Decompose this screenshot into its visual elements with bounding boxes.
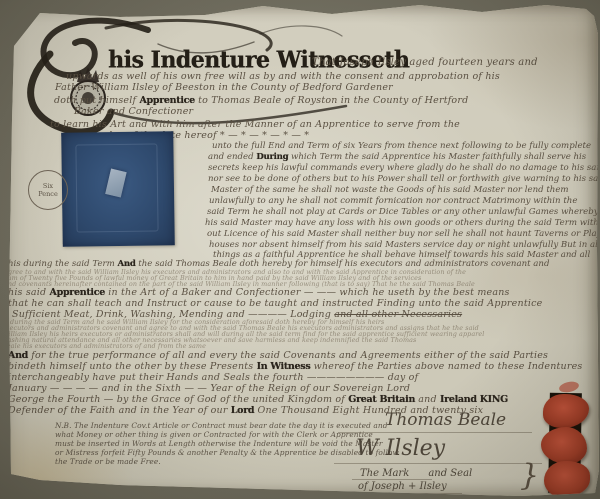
indenture-document: his Indenture Witnesseth That Joseph Ils…: [0, 0, 600, 499]
deed-line: that he can shall teach and Instruct or …: [8, 298, 542, 309]
deed-text: and: [415, 394, 440, 405]
signature-w-ilsley: W Ilsley: [356, 436, 445, 461]
printed-word-in-witness: In Witness: [257, 361, 311, 372]
signature-line: [352, 479, 432, 480]
deed-text: in the Art of a Baker and Confectioner —…: [105, 287, 510, 298]
deed-line: unto the full End and Term of six Years …: [212, 141, 591, 151]
deed-text: for the true performance of all and ever…: [28, 350, 548, 361]
deed-text: Defender of the Faith and in the Year of…: [8, 405, 231, 416]
sixpence-text: Six: [29, 182, 67, 190]
signature-line: [334, 463, 542, 464]
brace-mark: }: [520, 458, 539, 493]
printed-word-great-britain: Great Britain: [348, 394, 415, 405]
printers-note-line: must be inserted in Words at Length othe…: [55, 439, 383, 448]
deed-line: Father William Ilsley of Beeston in the …: [55, 82, 393, 93]
signature-line: [338, 432, 532, 433]
photograph-of-indenture: { "document": { "header": { "initial": "…: [0, 0, 600, 499]
deed-text: George the Fourth — by the Grace of God …: [8, 394, 348, 405]
deed-line: secrets keep his lawful commands every w…: [208, 163, 600, 173]
deed-text: which Term the said Apprentice his Maste…: [288, 152, 586, 162]
deed-line: his said Master may have any loss with h…: [205, 218, 599, 228]
deed-line: interchangeably have put their Hands and…: [8, 372, 418, 383]
deed-line: Baker and Confectioner: [74, 106, 193, 117]
printed-word-apprentice: Apprentice: [50, 287, 105, 298]
deed-text: bindeth himself unto the other by these …: [8, 361, 257, 372]
printers-note-line: N.B. The Indenture Cov.t Article or Cont…: [55, 421, 388, 430]
mark-line-1: The Mark and Seal: [360, 468, 472, 479]
deed-text: his said: [8, 287, 50, 298]
wax-smudge: [558, 380, 580, 394]
printers-note-line: or Mistress forfeit Fifty Pounds & anoth…: [55, 448, 399, 457]
printed-word-lord: Lord: [231, 405, 254, 416]
printers-note-line: the Trade or be made Free.: [55, 457, 161, 466]
deed-line: And for the true performance of all and …: [8, 350, 548, 361]
deed-line: January — — — — and in the Sixth — — Yea…: [8, 383, 410, 394]
deed-line: his said Apprentice in the Art of a Bake…: [8, 287, 510, 298]
printers-note-line: what Money or other thing is given or Co…: [55, 430, 373, 439]
deed-line: unlawfully to any he shall not commit fo…: [209, 196, 577, 206]
mark-text: The Mark: [360, 468, 409, 479]
mark-text: and Seal: [428, 468, 472, 479]
deed-line: and ended During which Term the said App…: [208, 152, 586, 162]
printed-word-during: During: [256, 152, 288, 162]
wax-seal-blob: [544, 461, 590, 497]
deed-line: out Licence of his said Master shall nei…: [207, 229, 600, 239]
deed-line: nor see to be done of others but to his …: [208, 174, 600, 184]
deed-line: houses nor absent himself from his said …: [209, 240, 600, 250]
interlined-clause: Beale his executors and administrators o…: [2, 342, 206, 350]
printed-word-ireland-king: Ireland KING: [440, 394, 508, 405]
deed-line: to learn his Art and with him after the …: [50, 119, 460, 130]
deed-line: Master of the same he shall not waste th…: [211, 185, 569, 195]
line-opening: That Joseph Ilsley aged fourteen years a…: [312, 57, 538, 68]
signature-line: [352, 493, 462, 494]
sixpence-stamp: Six Pence: [28, 170, 68, 210]
printed-word-and: And: [8, 350, 28, 361]
printed-word-apprentice: Apprentice: [139, 95, 194, 106]
deed-line: George the Fourth — by the Grace of God …: [8, 394, 508, 405]
deed-line: upwards as well of his own free will as …: [66, 71, 500, 82]
sixpence-text: Pence: [29, 190, 67, 198]
deed-line: doth put himself Apprentice to Thomas Be…: [54, 95, 468, 106]
deed-line: said Term he shall not play at Cards or …: [207, 207, 599, 217]
deed-text: and ended: [208, 152, 256, 162]
signature-thomas-beale: Thomas Beale: [385, 410, 506, 430]
mark-line-2: of Joseph + Ilsley: [358, 481, 447, 492]
deed-line: bindeth himself unto the other by these …: [8, 361, 583, 372]
wax-seal-blob: [543, 394, 589, 428]
deed-text: doth put himself: [54, 95, 139, 106]
deed-text: whereof the Parties above named to these…: [310, 361, 582, 372]
deed-text: to Thomas Beale of Royston in the County…: [195, 95, 468, 106]
blue-duty-stamp: [61, 131, 175, 247]
